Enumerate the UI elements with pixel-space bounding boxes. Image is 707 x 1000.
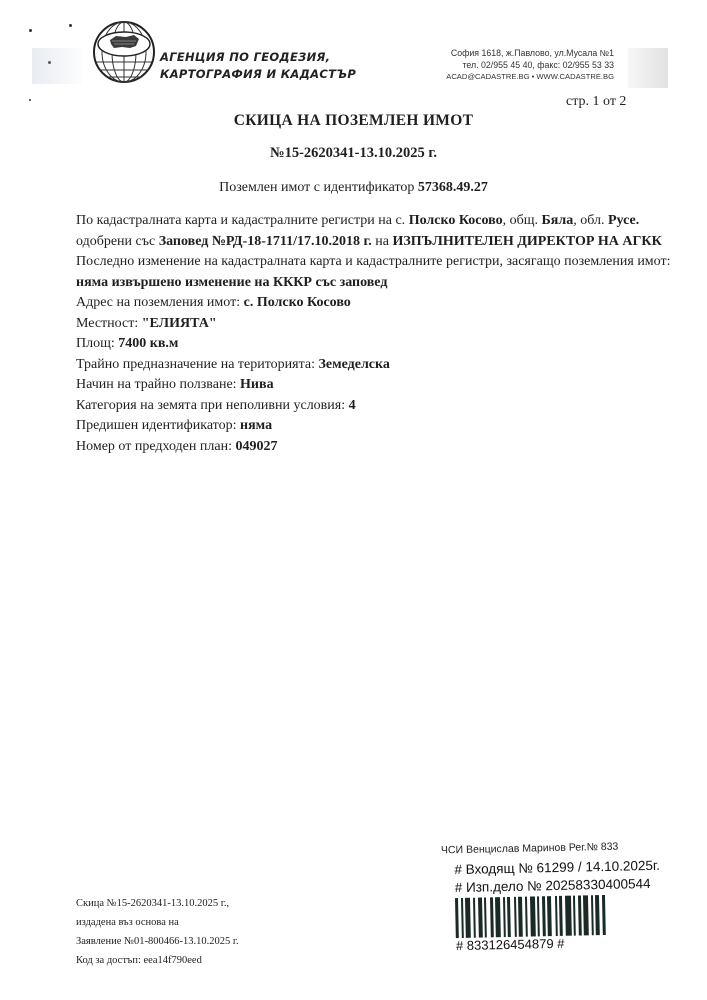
agency-name-line1: Агенция по геодезия, (160, 49, 356, 66)
scan-smudge (628, 48, 668, 88)
previous-plan-number: Номер от предходен план: 049027 (76, 437, 676, 458)
sticker-issuer: ЧСИ Венцислав Маринов Рег.№ 833 (441, 841, 619, 857)
last-change: Последно изменение на кадастралната карт… (76, 252, 676, 293)
region: Русе. (608, 213, 639, 228)
sticker-incoming: # Входящ № 61299 / 14.10.2025г. (454, 858, 660, 877)
land-purpose: Трайно предназначение на територията: Зе… (76, 355, 676, 376)
municipality: Бяла (542, 213, 574, 228)
footer-sketch-number: Скица №15-2620341-13.10.2025 г., (76, 894, 239, 913)
agency-logo-globe-icon (92, 20, 156, 84)
identifier-value: 57368.49.27 (418, 180, 488, 195)
property-identifier: Поземлен имот с идентификатор 57368.49.2… (0, 180, 707, 196)
sticker-barcode-number: # 833126454879 # (456, 936, 565, 953)
village: Полско Косово (409, 213, 503, 228)
agency-name: Агенция по геодезия, картография и кадас… (160, 49, 356, 83)
document-number: №15-2620341-13.10.2025 г. (0, 145, 707, 162)
agency-name-line2: картография и кадастър (160, 66, 356, 83)
contact-address: София 1618, ж.Павлово, ул.Мусала №1 (400, 48, 614, 60)
scan-speck (69, 24, 72, 27)
page-indicator: стр. 1 от 2 (566, 94, 626, 110)
land-usage: Начин на трайно ползване: Нива (76, 375, 676, 396)
area: Площ: 7400 кв.м (76, 334, 676, 355)
scan-smudge (32, 48, 82, 84)
footer-application: Заявление №01-800466-13.10.2025 г. (76, 932, 239, 951)
footer-access-code: Код за достъп: eea14f790eed (76, 951, 239, 970)
document-title: СКИЦА НА ПОЗЕМЛЕН ИМОТ (0, 112, 707, 130)
footer-note: Скица №15-2620341-13.10.2025 г., издаден… (76, 894, 239, 970)
sticker-case: # Изп.дело № 20258330400544 (455, 876, 651, 895)
agency-contact: София 1618, ж.Павлово, ул.Мусала №1 тел.… (400, 48, 614, 83)
contact-web: ACAD@CADASTRE.BG • WWW.CADASTRE.BG (400, 71, 614, 83)
order-issuer: ИЗПЪЛНИТЕЛЕН ДИРЕКТОР НА АГКК (393, 234, 662, 249)
land-category: Категория на земята при неполивни услови… (76, 396, 676, 417)
barcode-icon (455, 894, 638, 938)
contact-phone: тел. 02/955 45 40, факс: 02/955 53 33 (400, 60, 614, 72)
source-paragraph: По кадастралната карта и кадастралните р… (76, 211, 676, 252)
footer-issued-basis: издадена въз основа на (76, 913, 239, 932)
scan-speck (29, 99, 31, 101)
scan-speck (29, 29, 32, 32)
locality: Местност: "ЕЛИЯТА" (76, 314, 676, 335)
approval-order: Заповед №РД-18-1711/17.10.2018 г. (159, 234, 372, 249)
property-address: Адрес на поземления имот: с. Полско Косо… (76, 293, 676, 314)
bailiff-sticker: ЧСИ Венцислав Маринов Рег.№ 833 # Входящ… (437, 834, 676, 961)
property-details: По кадастралната карта и кадастралните р… (76, 211, 676, 457)
previous-identifier: Предишен идентификатор: няма (76, 416, 676, 437)
identifier-label: Поземлен имот с идентификатор (219, 180, 418, 195)
